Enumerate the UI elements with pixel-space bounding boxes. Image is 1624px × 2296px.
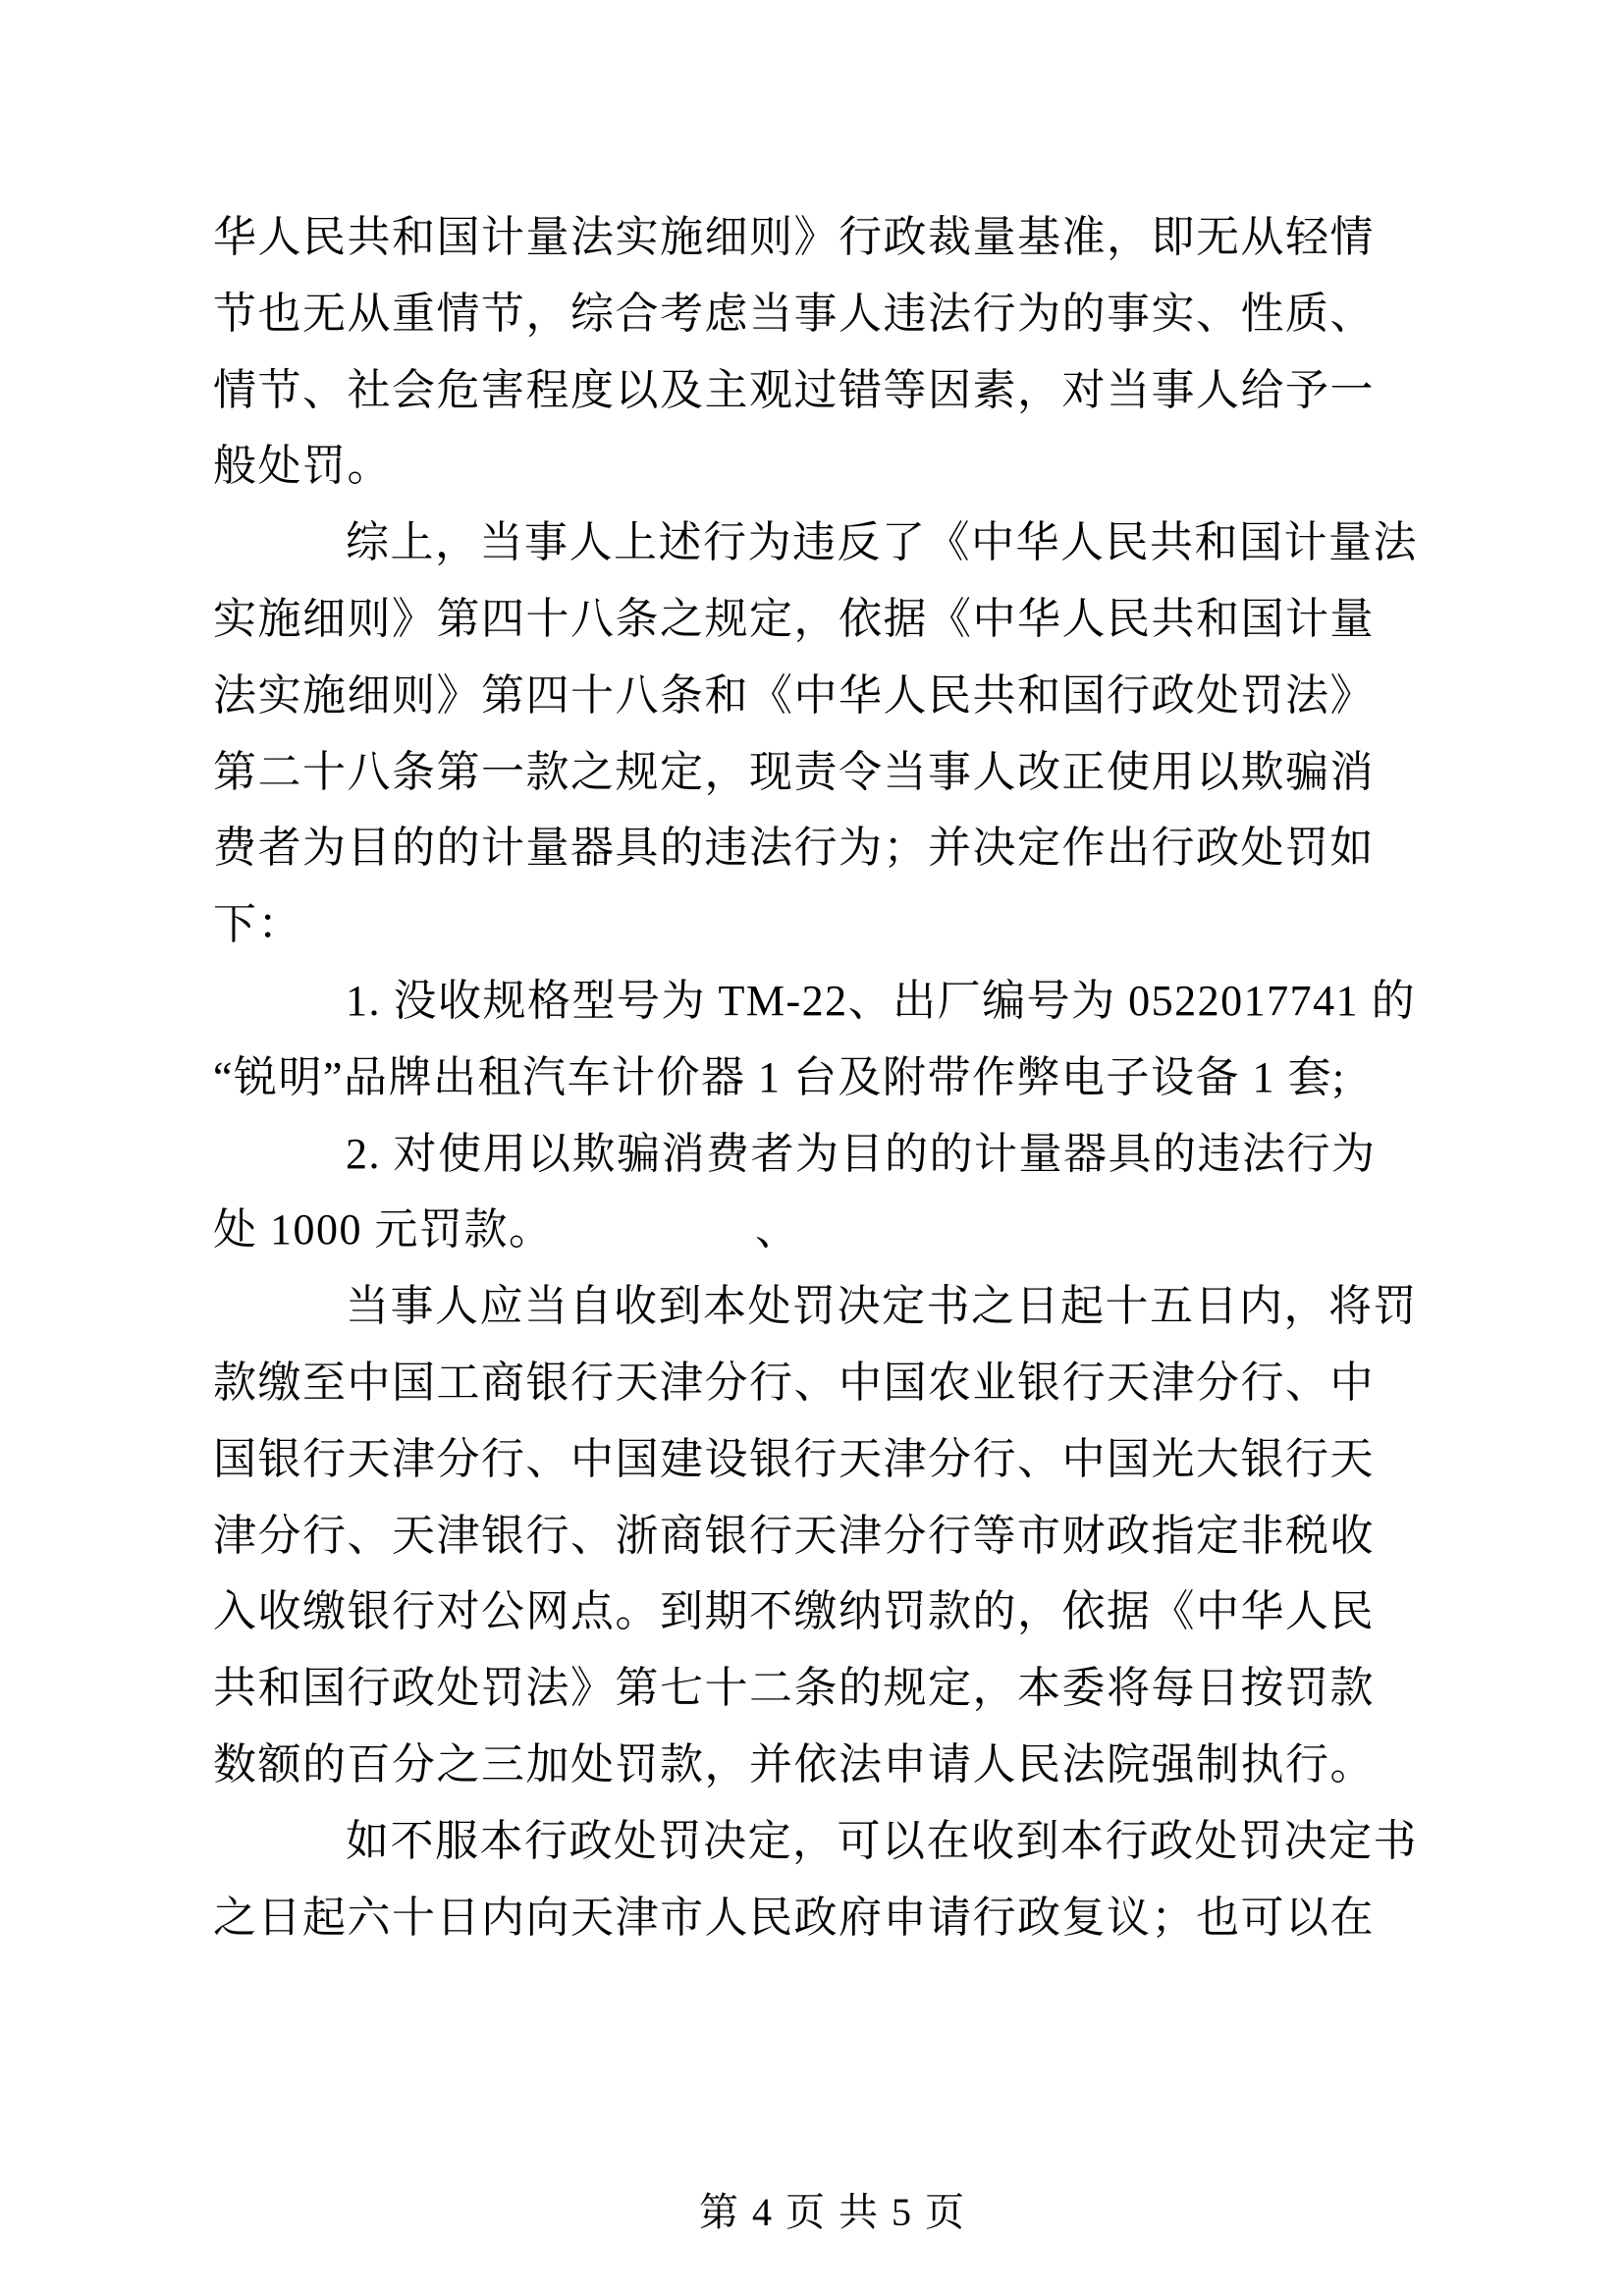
text-line: 处 1000 元罚款。 、	[213, 1192, 1405, 1268]
text-line: 综上，当事人上述行为违反了《中华人民共和国计量法	[213, 505, 1405, 581]
text-line: 国银行天津分行、中国建设银行天津分行、中国光大银行天	[213, 1421, 1405, 1498]
document-body: 华人民共和国计量法实施细则》行政裁量基准，即无从轻情节也无从重情节，综合考虑当事…	[213, 199, 1405, 1955]
text-line: 节也无从重情节，综合考虑当事人违法行为的事实、性质、	[213, 276, 1405, 352]
text-line: “锐明”品牌出租汽车计价器 1 台及附带作弊电子设备 1 套;	[213, 1040, 1405, 1116]
text-line: 下：	[213, 886, 1405, 963]
text-line: 1. 没收规格型号为 TM-22、出厂编号为 0522017741 的	[213, 963, 1405, 1040]
document-page: 华人民共和国计量法实施细则》行政裁量基准，即无从轻情节也无从重情节，综合考虑当事…	[0, 0, 1624, 2296]
text-line: 2. 对使用以欺骗消费者为目的的计量器具的违法行为	[213, 1116, 1405, 1193]
text-line: 如不服本行政处罚决定，可以在收到本行政处罚决定书	[213, 1803, 1405, 1880]
text-line: 费者为目的的计量器具的违法行为；并决定作出行政处罚如	[213, 810, 1405, 886]
text-line: 第二十八条第一款之规定，现责令当事人改正使用以欺骗消	[213, 734, 1405, 811]
text-line: 之日起六十日内向天津市人民政府申请行政复议；也可以在	[213, 1880, 1405, 1956]
text-line: 情节、社会危害程度以及主观过错等因素，对当事人给予一	[213, 352, 1405, 429]
text-line: 实施细则》第四十八条之规定，依据《中华人民共和国计量	[213, 581, 1405, 658]
text-line: 当事人应当自收到本处罚决定书之日起十五日内，将罚	[213, 1268, 1405, 1345]
text-line: 共和国行政处罚法》第七十二条的规定，本委将每日按罚款	[213, 1650, 1405, 1727]
text-line: 法实施细则》第四十八条和《中华人民共和国行政处罚法》	[213, 658, 1405, 734]
page-footer: 第 4 页 共 5 页	[213, 2124, 1405, 2296]
text-line: 津分行、天津银行、浙商银行天津分行等市财政指定非税收	[213, 1498, 1405, 1575]
page-number-text: 第 4 页 共 5 页	[699, 2190, 966, 2234]
text-line: 款缴至中国工商银行天津分行、中国农业银行天津分行、中	[213, 1345, 1405, 1421]
text-line: 入收缴银行对公网点。到期不缴纳罚款的，依据《中华人民	[213, 1574, 1405, 1650]
text-line: 般处罚。	[213, 428, 1405, 505]
text-line: 数额的百分之三加处罚款，并依法申请人民法院强制执行。	[213, 1727, 1405, 1803]
text-line: 华人民共和国计量法实施细则》行政裁量基准，即无从轻情	[213, 199, 1405, 276]
